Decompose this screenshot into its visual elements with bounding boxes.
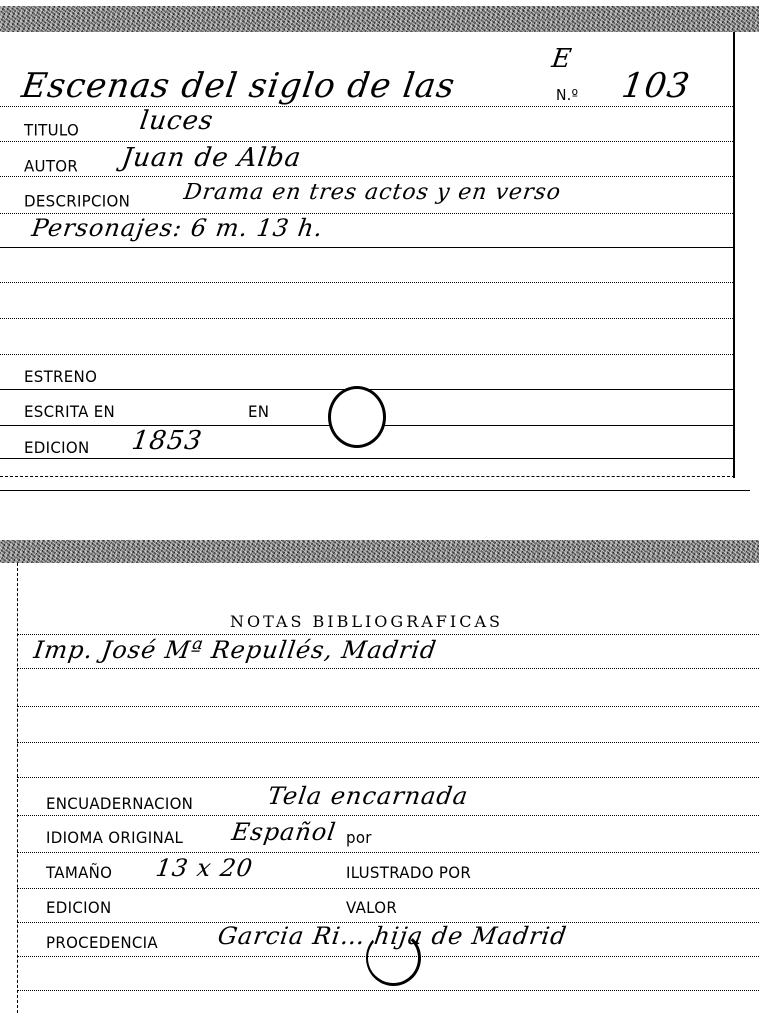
- rule-line: [17, 634, 759, 635]
- valor-label: VALOR: [346, 899, 397, 918]
- notes-line-1: Imp. José Mª Repullés, Madrid: [32, 636, 439, 664]
- library-stamp-circle: [366, 930, 421, 986]
- encuadernacion-label: ENCUADERNACION: [46, 795, 193, 814]
- tamano-label: TAMAÑO: [46, 864, 112, 883]
- scan-noise-border-top: [0, 540, 759, 563]
- rule-line: [17, 706, 759, 707]
- rule-line: [17, 888, 759, 889]
- encuadernacion-value: Tela encarnada: [266, 782, 470, 810]
- rule-line: [17, 990, 759, 991]
- rule-line: [17, 668, 759, 669]
- rule-line: [17, 777, 759, 778]
- edicion-label: EDICION: [46, 899, 111, 918]
- notes-heading: NOTAS BIBLIOGRAFICAS: [230, 612, 503, 631]
- rule-line: [17, 852, 759, 853]
- card-left-border: [17, 563, 18, 1013]
- rule-line: [17, 742, 759, 743]
- idioma-value: Español: [230, 818, 338, 846]
- procedencia-label: PROCEDENCIA: [46, 934, 158, 953]
- tamano-value: 13 x 20: [154, 854, 255, 882]
- rule-line: [17, 815, 759, 816]
- idioma-label: IDIOMA ORIGINAL: [46, 829, 183, 848]
- por-label: por: [346, 829, 372, 848]
- ilustrado-por-label: ILUSTRADO POR: [346, 864, 471, 883]
- catalog-card-back: NOTAS BIBLIOGRAFICAS Imp. José Mª Repull…: [0, 0, 759, 1028]
